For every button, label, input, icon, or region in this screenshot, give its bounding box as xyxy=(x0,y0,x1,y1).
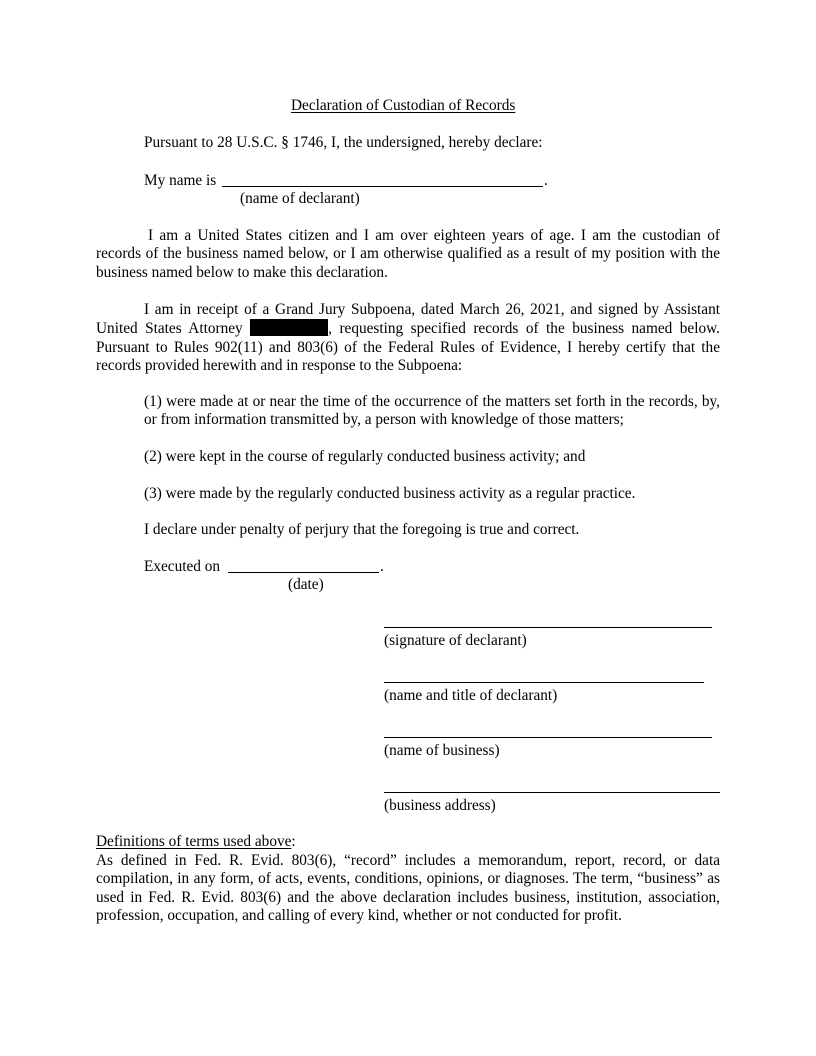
name-line-prefix: My name is xyxy=(144,172,216,189)
name-line-period: . xyxy=(544,172,548,190)
certification-item-2: (2) were kept in the course of regularly… xyxy=(144,448,585,466)
citizenship-paragraph: I am a United States citizen and I am ov… xyxy=(96,227,720,282)
signature-field[interactable] xyxy=(384,627,712,628)
business-address-caption: (business address) xyxy=(384,797,496,815)
declarant-name-field[interactable] xyxy=(222,186,543,187)
name-title-caption: (name and title of declarant) xyxy=(384,687,557,705)
name-line: My name is xyxy=(144,172,216,190)
certification-item-3: (3) were made by the regularly conducted… xyxy=(144,485,635,503)
perjury-statement: I declare under penalty of perjury that … xyxy=(144,521,579,539)
signature-caption: (signature of declarant) xyxy=(384,632,527,650)
declarant-name-caption: (name of declarant) xyxy=(240,190,360,208)
definitions-paragraph: As defined in Fed. R. Evid. 803(6), “rec… xyxy=(96,852,720,926)
definitions-heading: Definitions of terms used above: xyxy=(96,833,296,851)
document-title: Declaration of Custodian of Records xyxy=(291,97,515,115)
execution-date-caption: (date) xyxy=(288,576,324,594)
execution-date-field[interactable] xyxy=(228,572,379,573)
business-name-field[interactable] xyxy=(384,737,712,738)
intro-statement: Pursuant to 28 U.S.C. § 1746, I, the und… xyxy=(144,134,543,152)
executed-period: . xyxy=(380,558,384,576)
name-title-field[interactable] xyxy=(384,682,704,683)
business-name-caption: (name of business) xyxy=(384,742,500,760)
executed-on-label: Executed on xyxy=(144,558,220,576)
certification-item-1: (1) were made at or near the time of the… xyxy=(144,393,720,430)
business-address-field[interactable] xyxy=(384,792,720,793)
redacted-attorney-name xyxy=(250,319,328,336)
subpoena-paragraph: I am in receipt of a Grand Jury Subpoena… xyxy=(96,301,720,376)
